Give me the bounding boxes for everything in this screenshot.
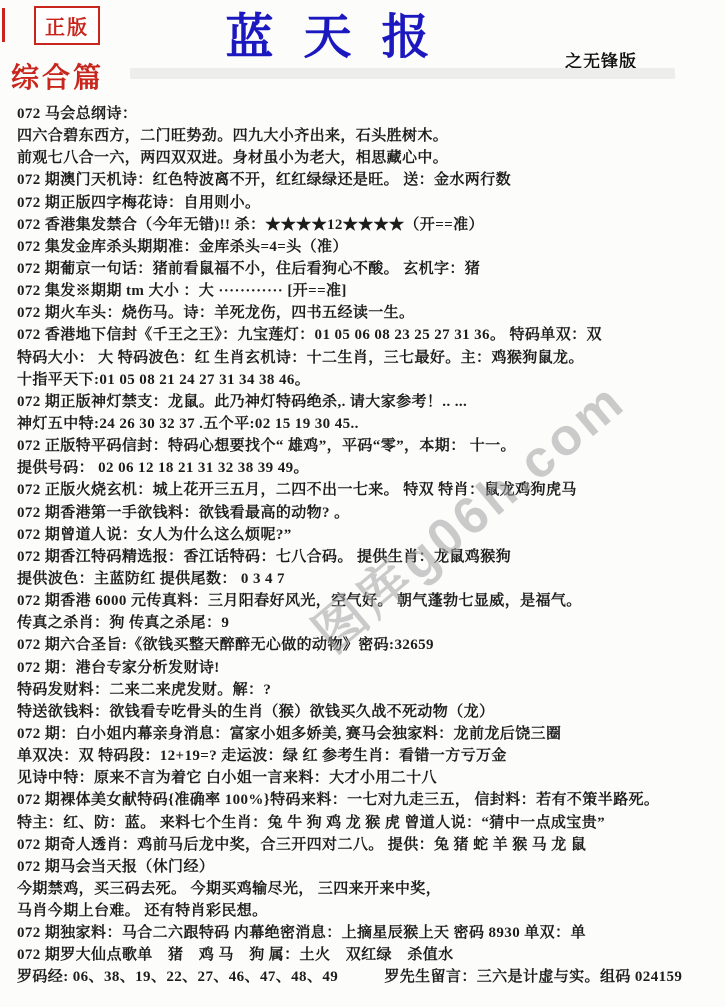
text-line: 罗码经: 06、38、19、22、27、46、47、48、49 罗先生留言：三六… bbox=[17, 966, 717, 988]
text-line: 072 期葡京一句话：猪前看鼠福不小，住后看狗心不酸。 玄机字：猪 bbox=[17, 258, 717, 280]
text-line: 072 期香江特码精选报：香江话特码：七八合码。 提供生肖：龙鼠鸡猴狗 bbox=[17, 546, 717, 568]
text-line: 见诗中特：原来不言为着它 白小姐一言来料：大才小用二十八 bbox=[17, 767, 717, 789]
text-line: 特主：红、防：蓝。 来料七个生肖：兔 牛 狗 鸡 龙 猴 虎 曾道人说：“猜中一… bbox=[17, 812, 717, 834]
text-line: 神灯五中特:24 26 30 32 37 .五个平:02 15 19 30 45… bbox=[17, 413, 717, 435]
text-line: 072 期独家料：马合二六跟特码 内幕绝密消息：上摘星辰猴上天 密码 8930 … bbox=[17, 922, 717, 944]
text-line: 072 集发金库杀头期期准：金库杀头=4=头（准） bbox=[17, 236, 717, 258]
text-line: 特送欲钱料：欲钱看专吃骨头的生肖（猴）欲钱买久战不死动物（龙） bbox=[17, 701, 717, 723]
text-line: 072 集发※期期 tm 大小 ：大 ············ [开==准] bbox=[17, 280, 717, 302]
text-line: 072 期：白小姐内幕亲身消息：富家小姐多娇美, 赛马会独家料：龙前龙后饶三圈 bbox=[17, 723, 717, 745]
scan-artifact bbox=[130, 68, 675, 79]
text-line: 072 期：港台专家分析发财诗! bbox=[17, 657, 717, 679]
text-line: 今期禁鸡，买三码去死。 今期买鸡输尽光， 三四来开来中奖， bbox=[17, 878, 717, 900]
text-line: 四六合碧东西方，二门旺势劲。四九大小齐出来，石头胜树木。 bbox=[17, 125, 717, 147]
text-line: 提供波色：主蓝防红 提供尾数： 0 3 4 7 bbox=[17, 568, 717, 590]
text-line: 前观七八合一六，两四双双进。身材虽小为老大，相思藏心中。 bbox=[17, 147, 717, 169]
text-line: 072 期裸体美女献特码{准确率 100%}特码来料：一七对九走三五， 信封料：… bbox=[17, 789, 717, 811]
text-line: 提供号码： 02 06 12 18 21 31 32 38 39 49。 bbox=[17, 457, 717, 479]
text-line: 特码大小： 大 特码波色：红 生肖玄机诗：十二生肖，三七最好。主：鸡猴狗鼠龙。 bbox=[17, 347, 717, 369]
text-line: 072 期火车头：烧伤马。诗：羊死龙伤，四书五经读一生。 bbox=[17, 302, 717, 324]
text-lines: 072 马会总纲诗：四六合碧东西方，二门旺势劲。四九大小齐出来，石头胜树木。前观… bbox=[17, 103, 717, 989]
text-line: 072 期香港第一手欲钱料：欲钱看最高的动物? 。 bbox=[17, 502, 717, 524]
text-line: 十指平天下:01 05 08 21 24 27 31 34 38 46。 bbox=[17, 369, 717, 391]
newspaper-page: 正版 蓝天报 之无锋版 综合篇 072 马会总纲诗：四六合碧东西方，二门旺势劲。… bbox=[0, 0, 725, 1007]
text-line: 072 期六合圣旨:《欲钱买整天醉醉无心做的动物》密码:32659 bbox=[17, 634, 717, 656]
text-line: 072 香港集发禁合（今年无错)!! 杀：★★★★12★★★★（开==准） bbox=[17, 214, 717, 236]
section-heading: 综合篇 bbox=[11, 56, 104, 96]
text-line: 特码发财料：二来二来虎发财。解：? bbox=[17, 679, 717, 701]
text-line: 072 期正版神灯禁支：龙鼠。此乃神灯特码绝杀,. 请大家参考！.. ... bbox=[17, 391, 717, 413]
text-line: 072 期香港 6000 元传真料：三月阳春好风光，空气好。 朝气蓬勃七显威，是… bbox=[17, 590, 717, 612]
text-line: 072 期马会当天报（休门经） bbox=[17, 856, 717, 878]
text-line: 072 香港地下信封《千王之王》：九宝莲灯：01 05 06 08 23 25 … bbox=[17, 324, 717, 346]
text-line: 072 马会总纲诗： bbox=[17, 103, 717, 125]
text-line: 072 期正版四字梅花诗：自用则小。 bbox=[17, 192, 717, 214]
text-line: 072 期罗大仙点歌单 猪 鸡 马 狗 属：土火 双红绿 杀值水 bbox=[17, 944, 717, 966]
text-line: 单双决：双 特码段：12+19=? 走运波：绿 红 参考生肖：看错一方亏万金 bbox=[17, 745, 717, 767]
text-line: 马肖今期上台难。 还有特肖彩民想。 bbox=[17, 900, 717, 922]
text-line: 072 正版特平码信封：特码心想要找个“ 雄鸡”，平码“零”，本期： 十一。 bbox=[17, 435, 717, 457]
text-line: 072 正版火烧玄机：城上花开三五月，二四不出一七来。 特双 特肖：鼠龙鸡狗虎马 bbox=[17, 479, 717, 501]
text-line: 072 期奇人透肖：鸡前马后龙中奖，合三开四对二八。 提供：兔 猪 蛇 羊 猴 … bbox=[17, 834, 717, 856]
text-line: 072 期澳门天机诗：红色特波离不开，红红绿绿还是旺。 送：金水两行数 bbox=[17, 169, 717, 191]
text-line: 072 期曾道人说：女人为什么这么烦呢?” bbox=[17, 524, 717, 546]
text-line: 传真之杀肖：狗 传真之杀尾：9 bbox=[17, 612, 717, 634]
